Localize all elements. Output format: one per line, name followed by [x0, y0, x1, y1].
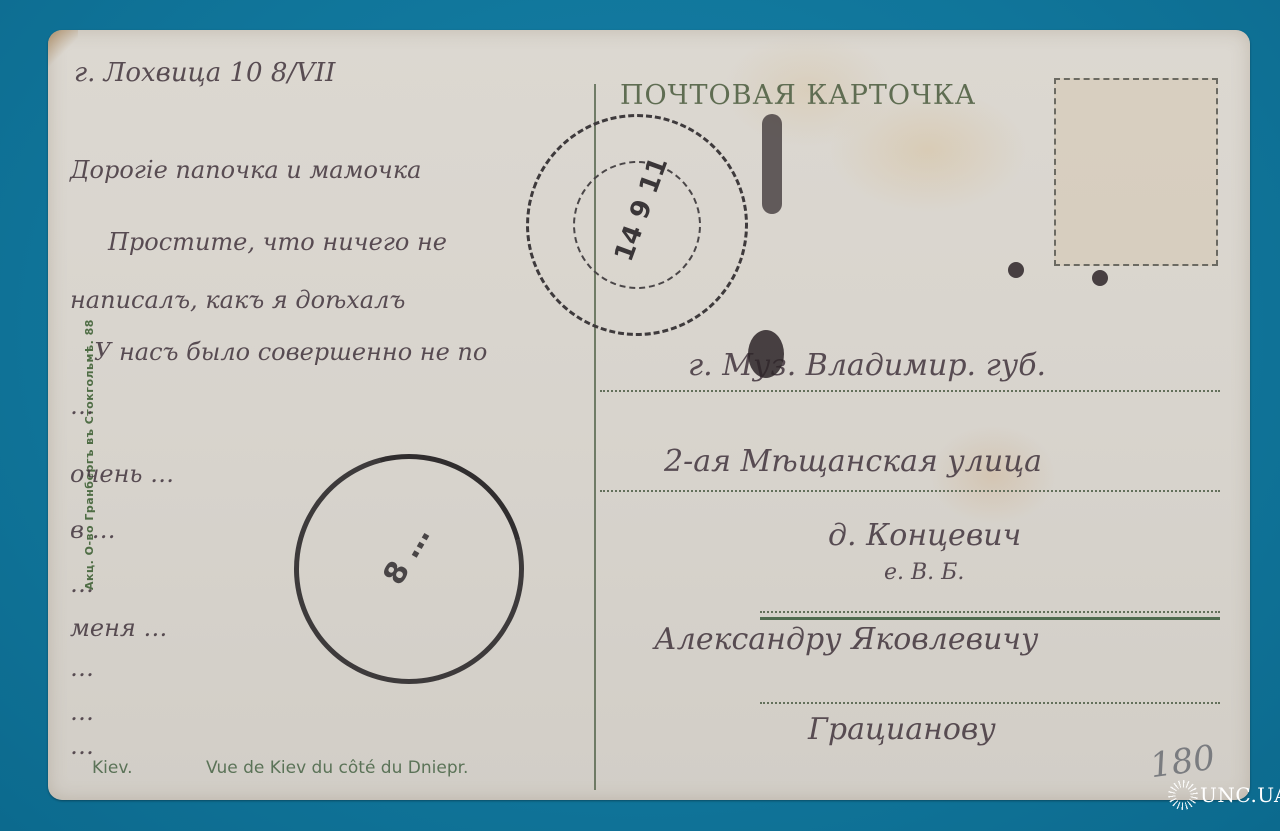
message-line: … [70, 654, 94, 682]
ink-blot [748, 330, 784, 378]
message-line: Простите, что ничего не [108, 228, 447, 256]
message-line: меня … [70, 614, 167, 642]
address-line [760, 611, 1220, 613]
address-text: Александру Яковлевичу [654, 622, 1038, 657]
caption-city: Kiev. [92, 758, 132, 778]
postcard-title: ПОЧТОВАЯ КАРТОЧКА [620, 80, 976, 111]
ink-blot [762, 114, 782, 214]
stamp-box [1054, 78, 1218, 266]
sunburst-icon [1168, 780, 1198, 810]
address-text: д. Концевич [828, 518, 1021, 553]
address-line [600, 490, 1220, 492]
caption-description: Vue de Kiev du côté du Dniepr. [206, 758, 468, 778]
message-line: написалъ, какъ я доѣхалъ [70, 286, 405, 314]
address-text: е. В. Б. [884, 560, 964, 585]
address-text: 2-ая Мѣщанская улица [664, 444, 1042, 479]
ink-blot [1008, 262, 1024, 278]
message-line: Дорогіе папочка и мамочка [70, 156, 422, 184]
watermark-text: UNC.UA [1200, 783, 1280, 807]
address-text: Грацианову [808, 712, 996, 747]
postcard: ПОЧТОВАЯ КАРТОЧКА Акц. О-во Гранбергъ въ… [48, 30, 1250, 800]
message-line: … [70, 698, 94, 726]
address-line-solid [760, 617, 1220, 620]
receiving-postmark: 14 9 11 [495, 83, 780, 368]
departure-postmark: 8 … [252, 412, 566, 726]
message-line: У насъ было совершенно не по [94, 338, 487, 366]
address-line [760, 702, 1220, 704]
watermark: UNC.UA [1168, 775, 1280, 815]
message-line: очень … [70, 460, 174, 488]
ink-blot [1092, 270, 1108, 286]
address-line [600, 390, 1220, 392]
handwritten-date: г. Лохвица 10 8/VII [74, 58, 335, 88]
message-line: … [70, 732, 94, 760]
message-line: в … [70, 516, 116, 544]
postmark-date: 8 … [376, 520, 437, 591]
message-line: … [70, 570, 94, 598]
message-line: … [70, 392, 94, 420]
address-text: г. Муз. Владимир. губ. [688, 348, 1046, 383]
